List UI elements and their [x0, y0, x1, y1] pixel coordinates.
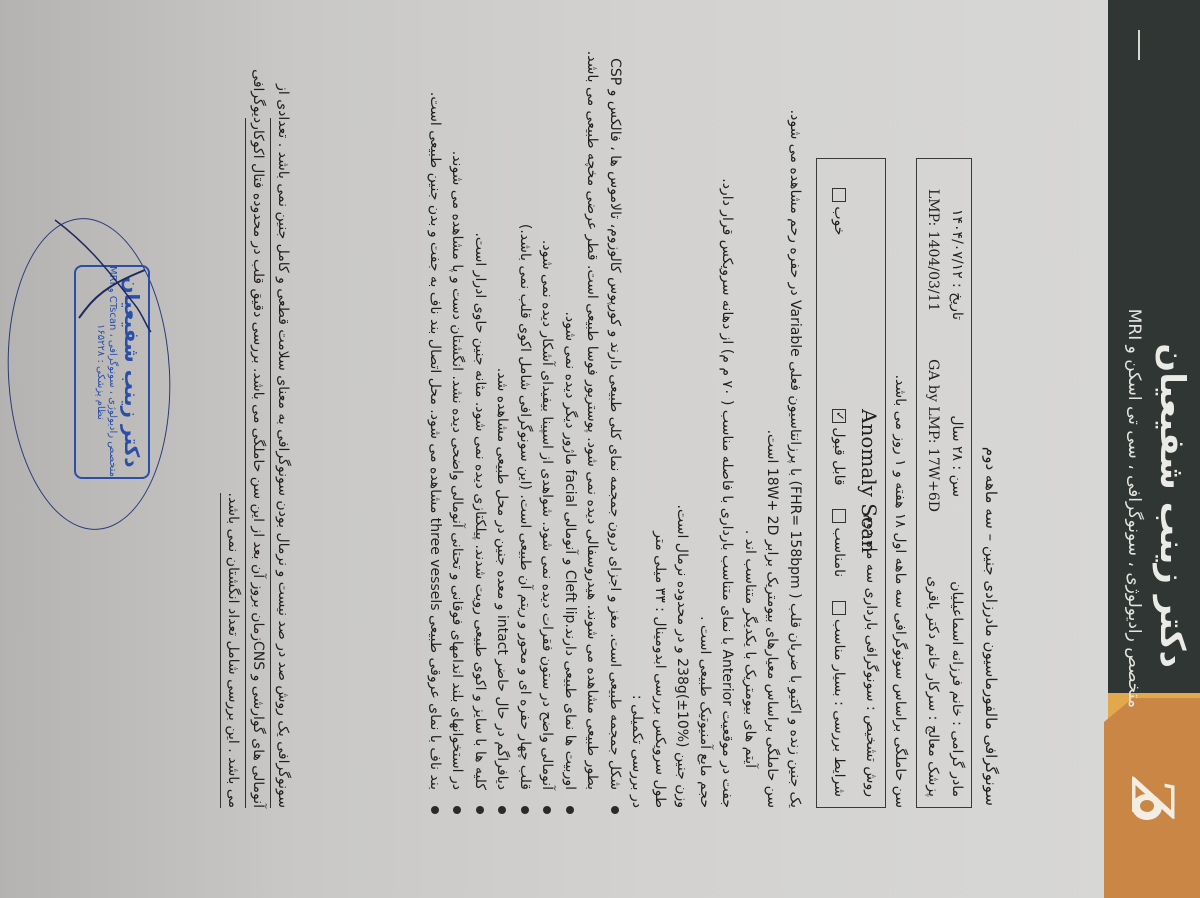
list-item: بند ناف با نمای عروقی طبیعی three vessel… — [424, 60, 447, 808]
list-item: شکل جمجمه طبیعی است. مغز و اجزای درون جم… — [581, 60, 626, 808]
header-divider — [1138, 30, 1140, 60]
doctor-name: دکتر زینب شفیعیان — [1152, 343, 1192, 668]
detailed-findings-list: شکل جمجمه طبیعی است. مغز و اجزای درون جم… — [424, 60, 627, 808]
finding-fetal-weight: وزن جنین 238g(±10%) و در محدوده نرمال اس… — [671, 60, 694, 808]
bullet-icon — [566, 806, 574, 814]
checkbox-unsuitable — [832, 509, 846, 523]
checkbox-acceptable-checked: ✓ — [832, 409, 846, 423]
finding-detailed-heading: در بررسی تکمیلی : — [626, 60, 649, 808]
photo-frame: Z دکتر زینب شفیعیان متخصص رادیولوژی ، سو… — [0, 0, 1200, 898]
list-item: قلب چهار حفره ای و محور و ریتم آن طبیعی … — [514, 60, 537, 808]
condition-option: خوب — [831, 183, 847, 236]
list-item: دیافراگم در حال حاضر intact و معده جنین … — [491, 60, 514, 808]
list-item: کلیه ها با سایز و اکوی طبیعی رویت شدند. … — [469, 60, 492, 808]
report-title: سونوگرافی مالفورماسیون مادرزادی جنین – س… — [982, 60, 1000, 806]
disclaimer-line: آنومالی های گوارشی و CNSزمان بروز آن بعد… — [245, 118, 270, 808]
checkbox-very-suitable — [832, 601, 846, 615]
bullet-icon — [611, 806, 619, 814]
clinic-logo: Z — [1104, 698, 1200, 898]
doctor-specialty: متخصص رادیولوژی ، سونوگرافی ، سی تی اسکن… — [1124, 309, 1144, 708]
fetus-icon — [1132, 794, 1162, 820]
finding-placenta: جفت در موقعیت Anterior با نمای متناسب با… — [716, 60, 739, 808]
finding-fetal-heart: یک جنین زنده و اکتیو با ضربان قلب ( FHR=… — [784, 60, 807, 808]
conditions-label: شرایط بررسی : — [831, 701, 847, 797]
findings-section: یک جنین زنده و اکتیو با ضربان قلب ( FHR=… — [424, 60, 807, 808]
bullet-icon — [499, 806, 507, 814]
condition-option: بسیار مناسب — [831, 596, 847, 697]
bullet-icon — [431, 806, 439, 814]
bullet-icon — [521, 806, 529, 814]
bullet-icon — [454, 806, 462, 814]
patient-age: سن : ۲۸ سال — [949, 415, 965, 497]
disclaimer-line: می باشد . این بررسی شامل تعداد انگشتان ن… — [220, 493, 245, 809]
patient-info-box: مادر گرامی : خانم فرزانه اسماعیلیان سن :… — [916, 158, 972, 808]
exam-method-box: روش تشخیص : سونوگرافی بارداری سه ماه دوم… — [816, 158, 886, 808]
bullet-icon — [476, 806, 484, 814]
scan-type: Anomaly Scan — [857, 409, 881, 553]
checkbox-good — [832, 188, 846, 202]
ga-by-lmp: GA by LMP: 17W+6D — [925, 359, 941, 512]
list-item: در استخوانهای بلند اندامهای فوقانی و تحت… — [446, 60, 469, 808]
list-item: اوربیت ها نمای طبیعی دارند.Cleft lip و آ… — [559, 60, 582, 808]
exam-method: روش تشخیص : سونوگرافی بارداری سه ماه دوم — [863, 514, 879, 797]
referring-physician: پزشک معالج : سرکار خانم دکتر باقری — [925, 576, 941, 797]
condition-option: نامناسب — [831, 504, 847, 577]
finding-biometric-items: آیتم های بیومتریک با یکدیگر متناسب اند . — [739, 60, 762, 808]
bullet-icon — [544, 806, 552, 814]
disclaimer: سونوگرافی یک روش صد در صد نیست و نرمال ب… — [220, 118, 295, 808]
condition-option: قابل قبول ✓ — [831, 404, 847, 486]
signature-icon — [45, 210, 155, 340]
list-item: آنومالی واضح در ستون فقرات دیده نمی شود.… — [536, 60, 559, 808]
disclaimer-line: سونوگرافی یک روش صد در صد نیست و نرمال ب… — [270, 118, 295, 808]
mother-name: مادر گرامی : خانم فرزانه اسماعیلیان — [949, 581, 965, 797]
finding-amniotic-fluid: حجم مایع آمنیوتیک طبیعی است . — [694, 60, 717, 808]
finding-biometric-ga: سن حاملگی براساس معیارهای بیومتریک برابر… — [761, 60, 784, 808]
finding-cervix-length: طول سرویکس بررسی ابدومینال : ۳۳ میلی متر — [649, 60, 672, 808]
report-date: تاریخ : ۱۴۰۴/۰۷/۱۲ — [949, 209, 965, 320]
lmp-date: LMP: 1404/03/11 — [925, 189, 941, 311]
ga-first-trimester: سن حاملگی براساس سونوگرافی سه ماهه اول ۱… — [892, 375, 908, 808]
exam-conditions: شرایط بررسی : بسیار مناسب نامناسب قابل ق… — [831, 169, 847, 797]
report-page: Z دکتر زینب شفیعیان متخصص رادیولوژی ، سو… — [0, 0, 1200, 898]
